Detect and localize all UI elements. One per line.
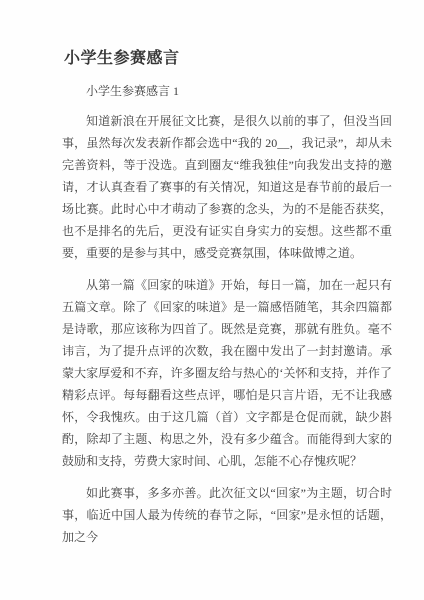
document-page: 小学生参赛感言 小学生参赛感言 1 知道新浪在开展征文比赛，是很久以前的事了，但… xyxy=(0,0,424,600)
section-heading: 小学生参赛感言 1 xyxy=(62,80,392,102)
paragraph-2: 从第一篇《回家的味道》开始，每日一篇，加在一起只有五篇文章。除了《回家的味道》是… xyxy=(62,274,392,472)
page-title: 小学生参赛感言 xyxy=(64,46,392,72)
paragraph-1: 知道新浪在开展征文比赛，是很久以前的事了，但没当回事，虽然每次发表新作都会选中“… xyxy=(62,110,392,264)
paragraph-3: 如此赛事，多多亦善。此次征文以“回家”为主题，切合时事，临近中国人最为传统的春节… xyxy=(62,482,392,548)
